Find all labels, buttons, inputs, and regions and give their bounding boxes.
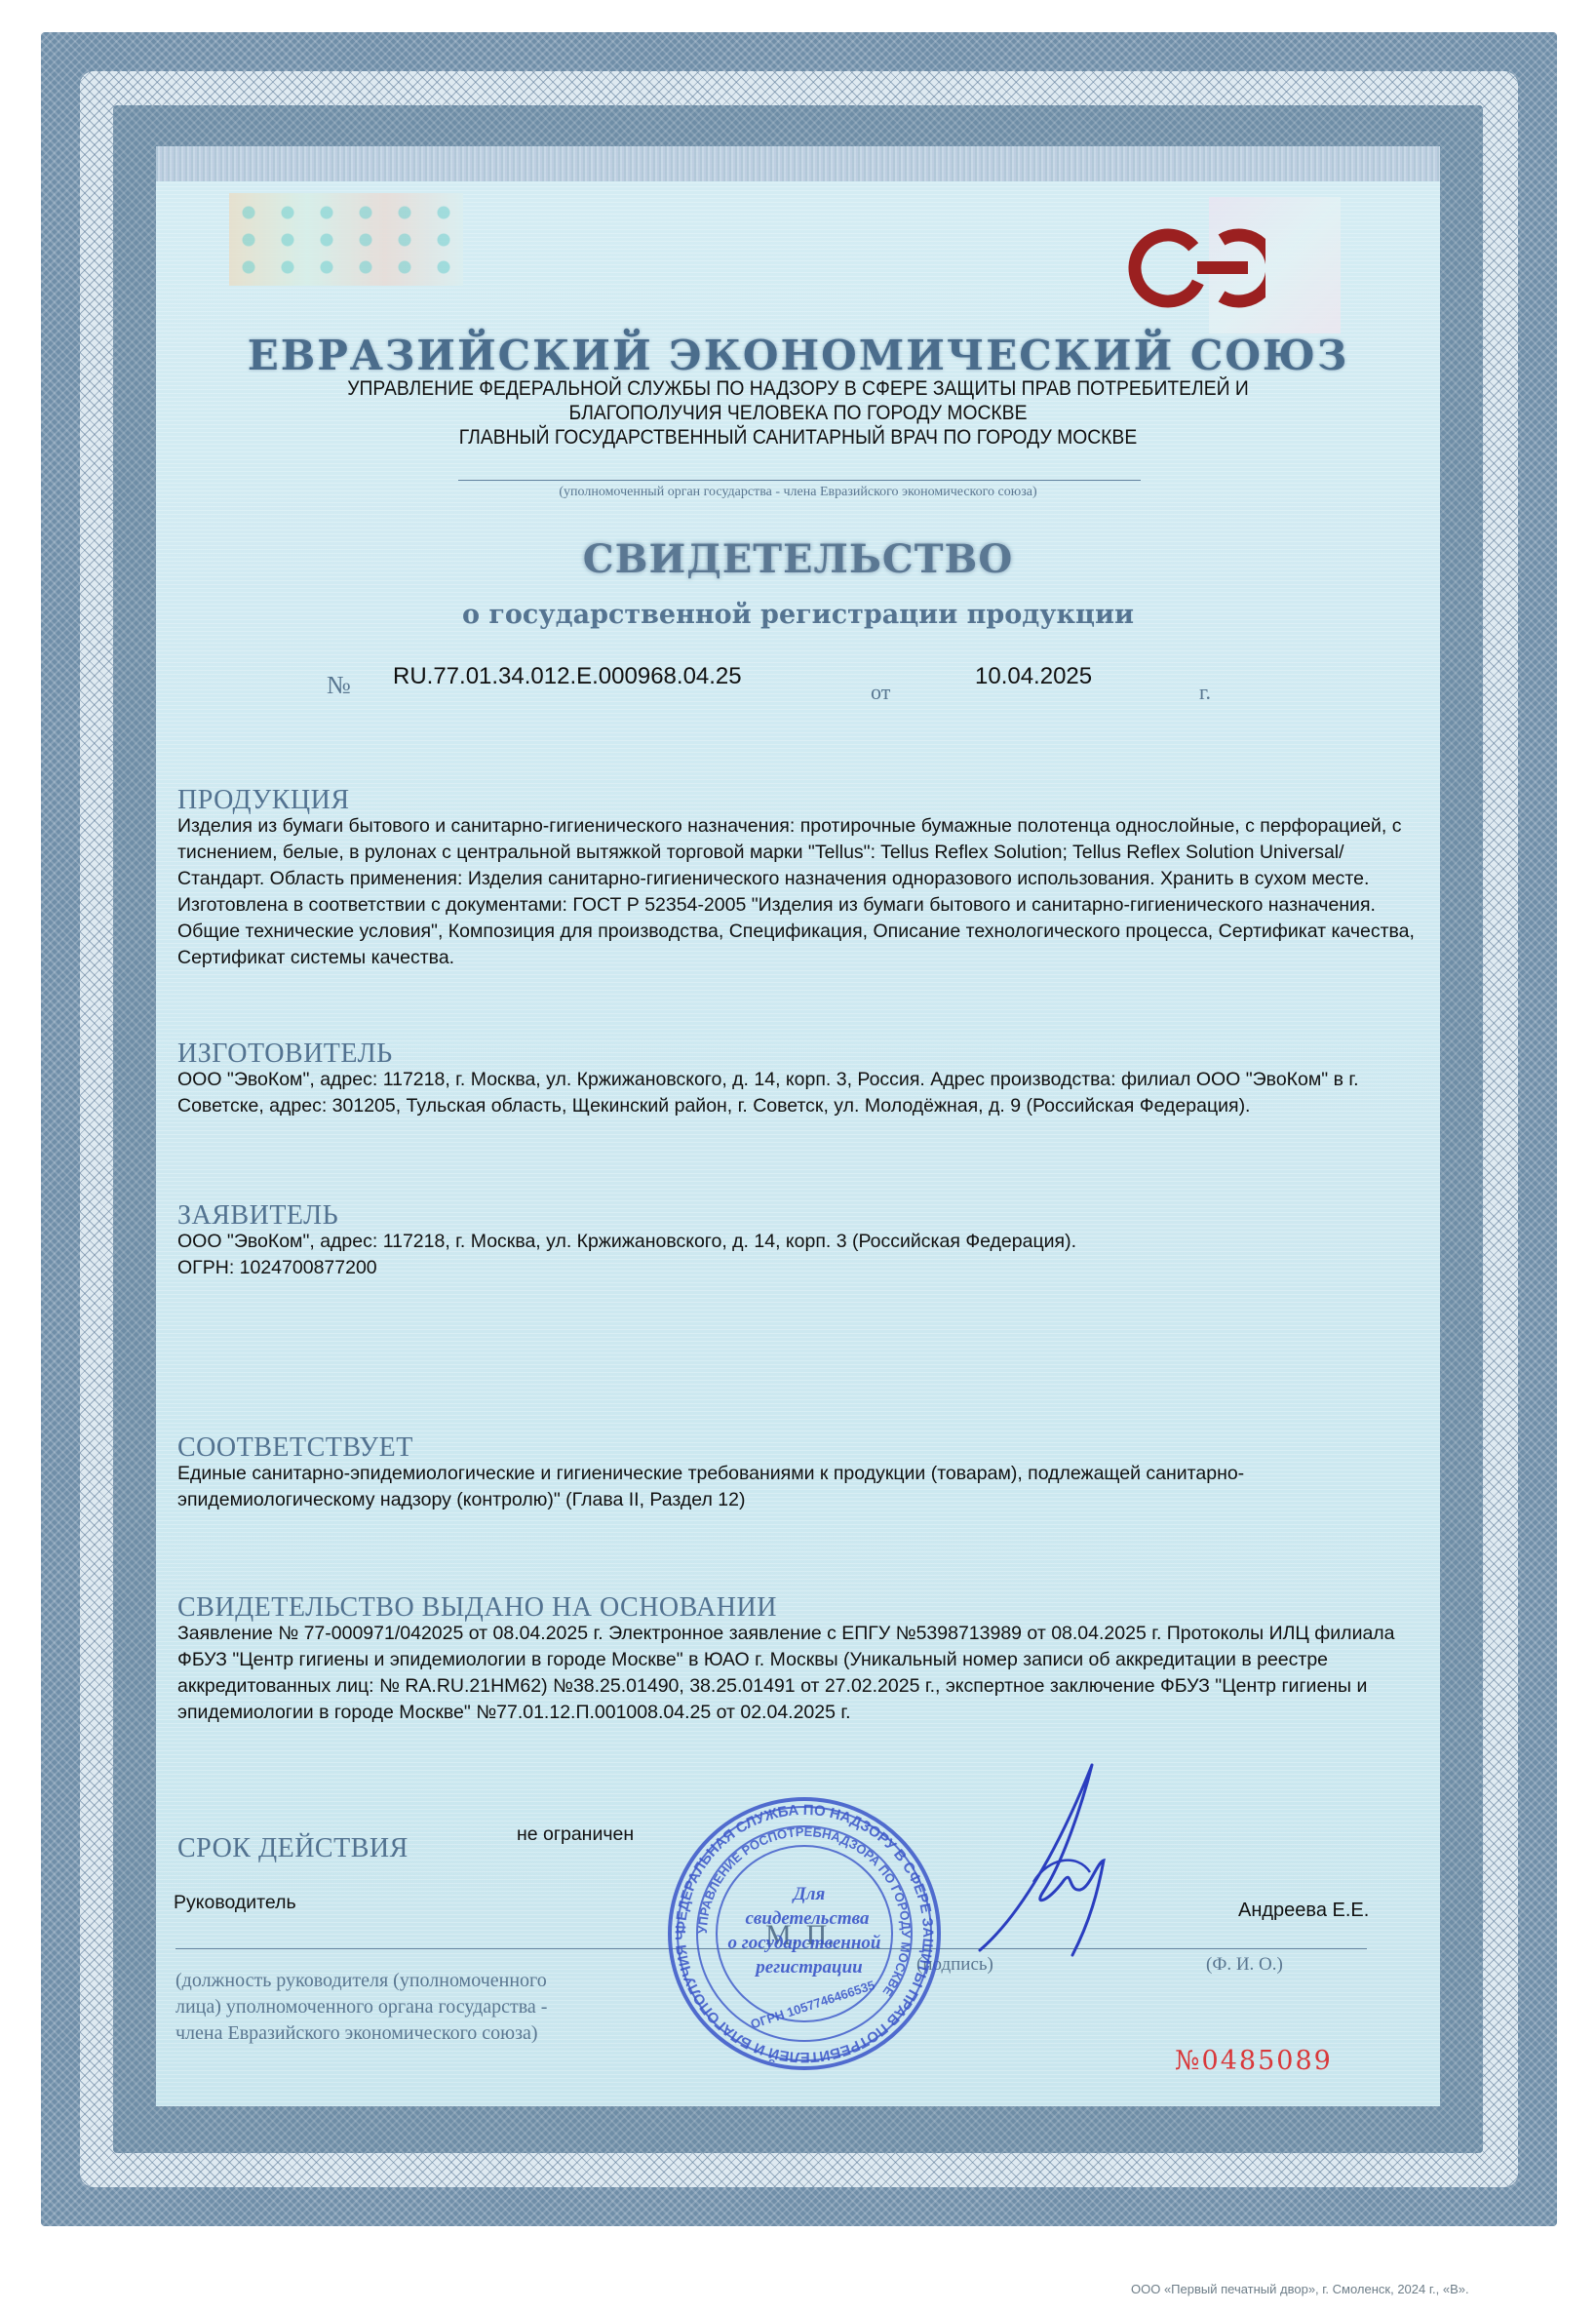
section-applicant: ЗАЯВИТЕЛЬ ООО "ЭвоКом", адрес: 117218, г… xyxy=(177,1203,1425,1281)
section-text: Заявление № 77-000971/042025 от 08.04.20… xyxy=(177,1621,1416,1726)
section-text: Изделия из бумаги бытового и санитарно-г… xyxy=(177,813,1416,971)
section-heading: ПРОДУКЦИЯ xyxy=(177,788,1425,813)
date-label: от xyxy=(871,680,890,705)
eaeu-se-logo-icon xyxy=(1124,224,1265,312)
hologram-patch xyxy=(229,193,463,286)
svg-text:регистрации: регистрации xyxy=(754,1957,862,1978)
section-heading: ЗАЯВИТЕЛЬ xyxy=(177,1203,1425,1229)
svg-text:свидетельства: свидетельства xyxy=(745,1908,870,1929)
name-caption: (Ф. И. О.) xyxy=(1206,1954,1283,1976)
section-heading: СООТВЕТСТВУЕТ xyxy=(177,1435,1425,1461)
position-caption-line: (должность руководителя (уполномоченного xyxy=(175,1968,547,1994)
section-product: ПРОДУКЦИЯ Изделия из бумаги бытового и с… xyxy=(177,788,1425,971)
serial-number: №0485089 xyxy=(1175,2046,1333,2076)
agency-name: УПРАВЛЕНИЕ ФЕДЕРАЛЬНОЙ СЛУЖБЫ ПО НАДЗОРУ… xyxy=(63,376,1532,450)
agency-line: УПРАВЛЕНИЕ ФЕДЕРАЛЬНОЙ СЛУЖБЫ ПО НАДЗОРУ… xyxy=(63,376,1532,401)
registration-date: 10.04.2025 xyxy=(975,663,1092,690)
validity-heading: СРОК ДЕЙСТВИЯ xyxy=(177,1833,409,1864)
validity-value: не ограничен xyxy=(517,1823,634,1846)
holographic-strip xyxy=(156,146,1440,181)
applicant-ogrn: ОГРН: 1024700877200 xyxy=(177,1255,1416,1281)
union-title: ЕВРАЗИЙСКИЙ ЭКОНОМИЧЕСКИЙ СОЮЗ xyxy=(0,332,1596,379)
section-text: ООО "ЭвоКом", адрес: 117218, г. Москва, … xyxy=(177,1229,1416,1255)
signer-role: Руководитель xyxy=(174,1892,296,1914)
number-label: № xyxy=(327,671,351,700)
position-caption: (должность руководителя (уполномоченного… xyxy=(175,1968,547,2047)
section-basis: СВИДЕТЕЛЬСТВО ВЫДАНО НА ОСНОВАНИИ Заявле… xyxy=(177,1595,1425,1726)
handwritten-signature-icon xyxy=(975,1745,1131,1960)
year-suffix: г. xyxy=(1199,680,1211,705)
authority-rule xyxy=(458,480,1141,481)
section-text: ООО "ЭвоКом", адрес: 117218, г. Москва, … xyxy=(177,1067,1416,1119)
agency-line: ГЛАВНЫЙ ГОСУДАРСТВЕННЫЙ САНИТАРНЫЙ ВРАЧ … xyxy=(63,425,1532,450)
official-stamp-icon: ФЕДЕРАЛЬНАЯ СЛУЖБА ПО НАДЗОРУ В СФЕРЕ ЗА… xyxy=(663,1792,946,2075)
agency-line: БЛАГОПОЛУЧИЯ ЧЕЛОВЕКА ПО ГОРОДУ МОСКВЕ xyxy=(63,401,1532,425)
certificate-title: СВИДЕТЕЛЬСТВО xyxy=(0,536,1596,582)
svg-text:Для: Для xyxy=(792,1884,826,1904)
position-caption-line: лица) уполномоченного органа государства… xyxy=(175,1994,547,2020)
registration-number: RU.77.01.34.012.E.000968.04.25 xyxy=(393,663,742,690)
section-text: Единые санитарно-эпидемиологические и ги… xyxy=(177,1461,1416,1513)
printer-imprint: ООО «Первый печатный двор», г. Смоленск,… xyxy=(1131,2282,1469,2296)
svg-text:о государственной: о государственной xyxy=(728,1933,881,1953)
position-caption-line: члена Евразийского экономического союза) xyxy=(175,2020,547,2047)
section-manufacturer: ИЗГОТОВИТЕЛЬ ООО "ЭвоКом", адрес: 117218… xyxy=(177,1041,1425,1119)
authority-caption: (уполномоченный орган государства - член… xyxy=(0,485,1596,500)
signer-name: Андреева Е.Е. xyxy=(1238,1900,1369,1922)
section-heading: ИЗГОТОВИТЕЛЬ xyxy=(177,1041,1425,1067)
section-heading: СВИДЕТЕЛЬСТВО ВЫДАНО НА ОСНОВАНИИ xyxy=(177,1595,1425,1621)
certificate-subtitle: о государственной регистрации продукции xyxy=(0,600,1596,630)
section-conforms: СООТВЕТСТВУЕТ Единые санитарно-эпидемиол… xyxy=(177,1435,1425,1513)
